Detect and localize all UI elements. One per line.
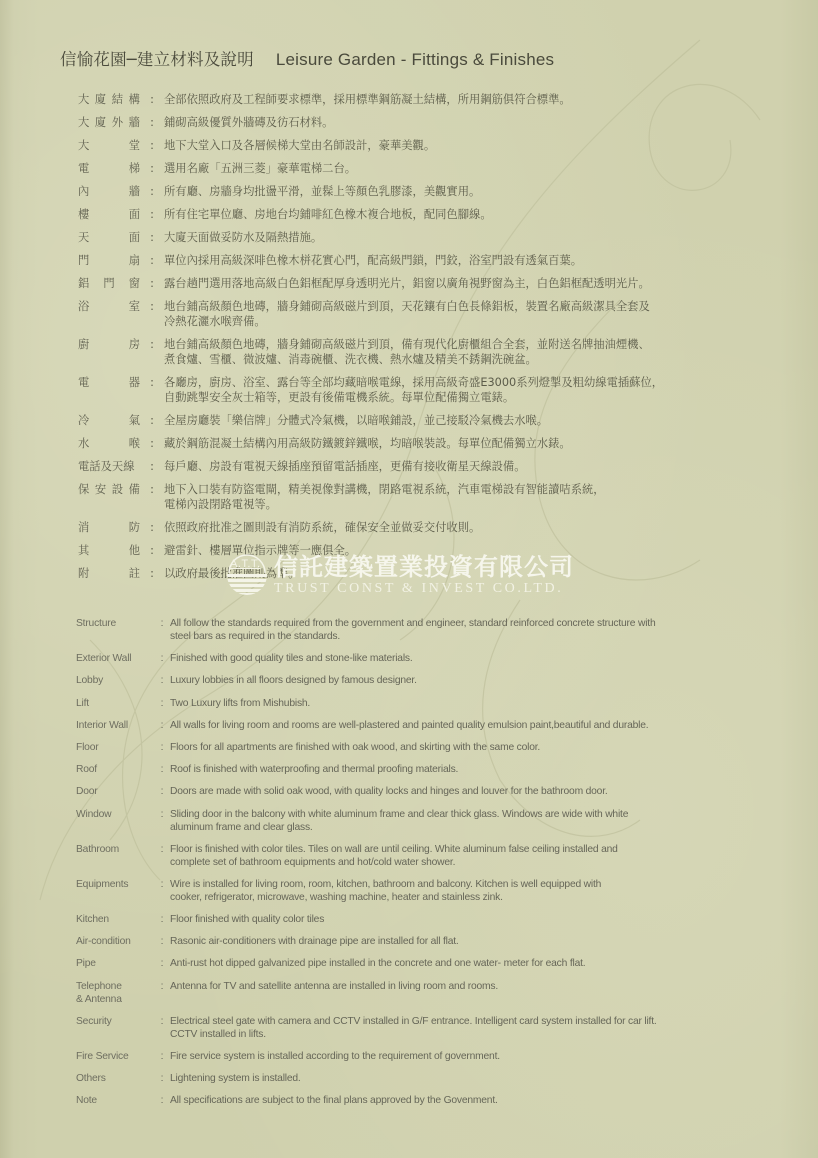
spec-separator: : [156,935,168,948]
spec-label-zh: 其他 [78,543,140,558]
spec-separator: : [140,161,164,176]
spec-value-zh: 大廈天面做妥防水及隔熱措施。 [164,230,728,245]
spec-label-zh: 電器 [78,375,140,405]
att-logo-icon: A.T.T. [226,554,268,596]
company-logo: A.T.T. 信託建築置業投資有限公司 TRUST CONST & INVEST… [226,553,574,597]
spec-separator: : [140,184,164,199]
spec-separator: : [156,913,168,926]
spec-value-en: Finished with good quality tiles and sto… [168,652,736,665]
spec-value-zh: 依照政府批准之圖則設有消防系統，確保安全並做妥交付收則。 [164,520,728,535]
spec-row-zh: 樓面:所有住宅單位廳、房地台均鋪啡紅色橡木複合地板，配同色腳線。 [78,207,728,222]
spec-row-en: Interior Wall:All walls for living room … [76,719,736,732]
page-title: 信愉花園─建立材料及說明Leisure Garden - Fittings & … [60,46,554,70]
spec-label-zh: 冷氣 [78,413,140,428]
spec-label-char: 電 [78,161,89,176]
spec-value-en: Fire service system is installed accordi… [168,1050,736,1063]
spec-row-zh: 門扇:單位內採用高級深啡色橡木栟花實心門，配高級門鎖，門鉸，浴室門設有透氣百葉。 [78,253,728,268]
spec-separator: : [156,617,168,643]
spec-label-en: Floor [76,741,156,754]
spec-label-zh: 保安設備 [78,482,140,512]
spec-row-en: Air-condition:Rasonic air-conditioners w… [76,935,736,948]
spec-label-en: Structure [76,617,156,643]
spec-row-en: Security:Electrical steel gate with came… [76,1015,736,1041]
spec-value-zh: 每戶廳、房設有電視天線插座預留電話插座，更備有接收衛星天線設備。 [164,459,728,474]
spec-value-zh: 全屋房廳裝「樂信牌」分體式冷氣機，以暗喉鋪設，並己接駁冷氣機去水喉。 [164,413,728,428]
spec-row-zh: 保安設備:地下入口裝有防盜電閘，精美視像對講機，閉路電視系統，汽車電梯設有智能讀… [78,482,728,512]
spec-row-zh: 浴室:地台鋪高級顏色地磚，牆身鋪砌高級磁片到頂，天花鑲有白色長條鋁板，裝置名廠高… [78,299,728,329]
spec-label-char: 設 [112,482,123,512]
spec-row-en: Kitchen:Floor finished with quality colo… [76,913,736,926]
spec-separator: : [140,436,164,451]
spec-label-en: Air-condition [76,935,156,948]
spec-row-en: Structure:All follow the standards requi… [76,617,736,643]
spec-label-char: 牆 [129,115,140,130]
spec-label-zh: 附註 [78,566,140,581]
spec-label-zh: 電梯 [78,161,140,176]
spec-value-en: All specifications are subject to the fi… [168,1094,736,1107]
spec-label-zh: 門扇 [78,253,140,268]
spec-separator: : [156,674,168,687]
spec-label-char: 大 [78,138,89,153]
spec-separator: : [140,413,164,428]
spec-value-en: Luxury lobbies in all floors designed by… [168,674,736,687]
spec-label-zh: 大廈結構 [78,92,140,107]
spec-row-en: Bathroom:Floor is finished with color ti… [76,843,736,869]
spec-label-zh: 電話及天線 [78,459,140,474]
spec-value-en: Rasonic air-conditioners with drainage p… [168,935,736,948]
spec-value-en: Floor is finished with color tiles. Tile… [168,843,736,869]
spec-row-en: Note:All specifications are subject to t… [76,1094,736,1107]
specs-list-chinese: 大廈結構:全部依照政府及工程師要求標準，採用標準鋼筋凝土結構，所用鋼筋俱符合標準… [78,92,728,589]
spec-separator: : [140,520,164,535]
spec-label-char: 保 [78,482,89,512]
spec-row-en: Door:Doors are made with solid oak wood,… [76,785,736,798]
spec-label-char: 氣 [129,413,140,428]
spec-separator: : [140,299,164,329]
spec-label-zh: 天面 [78,230,140,245]
spec-row-zh: 水喉:藏於鋼筋混凝土結構內用高級防鐵鍍鋅鐵喉，均暗喉裝設。每單位配備獨立水錶。 [78,436,728,451]
spec-label-char: 天 [78,230,89,245]
spec-row-zh: 大廈結構:全部依照政府及工程師要求標準，採用標準鋼筋凝土結構，所用鋼筋俱符合標準… [78,92,728,107]
spec-label-char: 廈 [95,115,106,130]
spec-label-char: 梯 [129,161,140,176]
spec-separator: : [156,808,168,834]
spec-label-char: 窗 [129,276,140,291]
company-name-en: TRUST CONST & INVEST CO.LTD. [274,581,574,597]
spec-row-en: Fire Service:Fire service system is inst… [76,1050,736,1063]
spec-label-char: 註 [129,566,140,581]
spec-row-en: Equipments:Wire is installed for living … [76,878,736,904]
spec-value-zh: 選用名廠「五洲三菱」豪華電梯二台。 [164,161,728,176]
spec-row-en: Others:Lightening system is installed. [76,1072,736,1085]
spec-separator: : [140,375,164,405]
spec-value-en: All walls for living room and rooms are … [168,719,736,732]
spec-label-char: 安 [95,482,106,512]
spec-label-en: Note [76,1094,156,1107]
spec-label-en: Fire Service [76,1050,156,1063]
spec-separator: : [156,697,168,710]
specs-list-english: Structure:All follow the standards requi… [76,617,736,1117]
spec-label-char: 內 [78,184,89,199]
spec-label-char: 廚 [78,337,89,367]
spec-row-en: Pipe:Anti-rust hot dipped galvanized pip… [76,957,736,970]
spec-label-en: Kitchen [76,913,156,926]
spec-separator: : [156,763,168,776]
spec-label-char: 房 [129,337,140,367]
spec-label-char: 面 [129,230,140,245]
spec-label-char: 大 [78,115,89,130]
spec-label-char: 門 [78,253,89,268]
spec-row-zh: 電器:各廳房，廚房、浴室、露台等全部均藏暗喉電線，採用高級奇盛E3000系列燈掣… [78,375,728,405]
logo-mark-text: A.T.T. [230,558,261,570]
spec-separator: : [156,785,168,798]
spec-value-en: Sliding door in the balcony with white a… [168,808,736,834]
spec-separator: : [156,741,168,754]
spec-value-zh: 所有廳、房牆身均批盪平滑，並髹上等顏色乳膠漆，美觀實用。 [164,184,728,199]
spec-label-en: Exterior Wall [76,652,156,665]
spec-label-zh: 內牆 [78,184,140,199]
spec-separator: : [140,566,164,581]
spec-separator: : [140,337,164,367]
spec-row-zh: 電話及天線:每戶廳、房設有電視天線插座預留電話插座，更備有接收衛星天線設備。 [78,459,728,474]
spec-label-char: 門 [103,276,114,291]
spec-value-en: Antenna for TV and satellite antenna are… [168,980,736,1006]
spec-label-en: Roof [76,763,156,776]
spec-value-zh: 各廳房，廚房、浴室、露台等全部均藏暗喉電線，採用高級奇盛E3000系列燈掣及粗幼… [164,375,728,405]
spec-row-en: Exterior Wall:Finished with good quality… [76,652,736,665]
spec-label-char: 電 [78,375,89,405]
spec-value-en: Anti-rust hot dipped galvanized pipe ins… [168,957,736,970]
spec-label-char: 防 [129,520,140,535]
spec-label-char: 廈 [95,92,106,107]
spec-label-char: 喉 [129,436,140,451]
spec-label-char: 水 [78,436,89,451]
spec-label-en: Lift [76,697,156,710]
spec-label-char: 他 [129,543,140,558]
spec-row-en: Lobby:Luxury lobbies in all floors desig… [76,674,736,687]
spec-separator: : [140,207,164,222]
spec-label-zh: 大廈外牆 [78,115,140,130]
spec-value-en: Floor finished with quality color tiles [168,913,736,926]
spec-label-char: 大 [78,92,89,107]
spec-separator: : [156,719,168,732]
spec-label-char: 室 [129,299,140,329]
spec-row-en: Roof:Roof is finished with waterproofing… [76,763,736,776]
spec-label-char: 面 [129,207,140,222]
spec-value-en: Two Luxury lifts from Mishubish. [168,697,736,710]
spec-label-en: Interior Wall [76,719,156,732]
spec-label-char: 構 [129,92,140,107]
spec-separator: : [156,1050,168,1063]
spec-label-zh: 消防 [78,520,140,535]
spec-label-char: 鋁 [78,276,89,291]
spec-value-zh: 所有住宅單位廳、房地台均鋪啡紅色橡木複合地板，配同色腳線。 [164,207,728,222]
spec-separator: : [156,1094,168,1107]
spec-label-zh: 水喉 [78,436,140,451]
spec-value-en: Lightening system is installed. [168,1072,736,1085]
spec-separator: : [140,253,164,268]
spec-value-zh: 單位內採用高級深啡色橡木栟花實心門，配高級門鎖，門鉸，浴室門設有透氣百葉。 [164,253,728,268]
spec-value-en: Floors for all apartments are finished w… [168,741,736,754]
spec-value-zh: 地下入口裝有防盜電閘，精美視像對講機，閉路電視系統，汽車電梯設有智能讀咭系統， … [164,482,728,512]
spec-label-char: 備 [129,482,140,512]
spec-separator: : [156,652,168,665]
spec-label-char: 器 [129,375,140,405]
spec-label-char: 冷 [78,413,89,428]
spec-label-char: 牆 [129,184,140,199]
spec-value-zh: 地下大堂入口及各層候梯大堂由名師設計，豪華美觀。 [164,138,728,153]
spec-label-char: 外 [112,115,123,130]
spec-label-zh: 廚房 [78,337,140,367]
spec-row-en: Window:Sliding door in the balcony with … [76,808,736,834]
spec-label-char: 浴 [78,299,89,329]
spec-row-zh: 大堂:地下大堂入口及各層候梯大堂由名師設計，豪華美觀。 [78,138,728,153]
spec-label-char: 結 [112,92,123,107]
page-title-en: Leisure Garden - Fittings & Finishes [276,50,554,69]
spec-label-en: Bathroom [76,843,156,869]
spec-label-char: 樓 [78,207,89,222]
spec-label-en: Window [76,808,156,834]
spec-separator: : [156,980,168,1006]
spec-label-char: 堂 [129,138,140,153]
spec-separator: : [156,957,168,970]
spec-value-en: Roof is finished with waterproofing and … [168,763,736,776]
spec-value-zh: 鋪砌高級優質外牆磚及彷石材料。 [164,115,728,130]
spec-row-en: Floor:Floors for all apartments are fini… [76,741,736,754]
spec-separator: : [156,1015,168,1041]
company-name-zh: 信託建築置業投資有限公司 [274,553,574,581]
spec-label-char: 其 [78,543,89,558]
spec-label-zh: 樓面 [78,207,140,222]
spec-label-char: 附 [78,566,89,581]
spec-row-en: Telephone & Antenna:Antenna for TV and s… [76,980,736,1006]
spec-row-zh: 鋁門窗:露台趟門選用落地高級白色鋁框配厚身透明光片，鋁窗以廣角視野窗為主，白色鋁… [78,276,728,291]
spec-row-zh: 冷氣:全屋房廳裝「樂信牌」分體式冷氣機，以暗喉鋪設，並己接駁冷氣機去水喉。 [78,413,728,428]
spec-separator: : [140,459,164,474]
spec-separator: : [156,843,168,869]
spec-label-en: Lobby [76,674,156,687]
spec-separator: : [140,230,164,245]
spec-value-en: Doors are made with solid oak wood, with… [168,785,736,798]
spec-separator: : [140,543,164,558]
spec-row-zh: 電梯:選用名廠「五洲三菱」豪華電梯二台。 [78,161,728,176]
spec-label-en: Pipe [76,957,156,970]
spec-row-en: Lift:Two Luxury lifts from Mishubish. [76,697,736,710]
spec-separator: : [140,92,164,107]
spec-row-zh: 內牆:所有廳、房牆身均批盪平滑，並髹上等顏色乳膠漆，美觀實用。 [78,184,728,199]
spec-separator: : [156,878,168,904]
spec-value-en: Electrical steel gate with camera and CC… [168,1015,736,1041]
spec-label-zh: 鋁門窗 [78,276,140,291]
spec-label-zh: 大堂 [78,138,140,153]
spec-label-en: Others [76,1072,156,1085]
spec-row-zh: 消防:依照政府批准之圖則設有消防系統，確保安全並做妥交付收則。 [78,520,728,535]
page-title-zh: 信愉花園─建立材料及說明 [60,50,254,69]
spec-separator: : [140,115,164,130]
spec-separator: : [140,482,164,512]
spec-label-zh: 浴室 [78,299,140,329]
spec-value-en: All follow the standards required from t… [168,617,736,643]
spec-separator: : [156,1072,168,1085]
spec-label-en: Door [76,785,156,798]
spec-value-zh: 藏於鋼筋混凝土結構內用高級防鐵鍍鋅鐵喉，均暗喉裝設。每單位配備獨立水錶。 [164,436,728,451]
spec-value-zh: 地台鋪高級顏色地磚，牆身鋪砌高級磁片到頂，天花鑲有白色長條鋁板，裝置名廠高級潔具… [164,299,728,329]
spec-label-char: 扇 [129,253,140,268]
spec-label-char: 電話及天線 [78,459,135,474]
spec-label-char: 消 [78,520,89,535]
spec-value-zh: 全部依照政府及工程師要求標準，採用標準鋼筋凝土結構，所用鋼筋俱符合標準。 [164,92,728,107]
spec-label-en: Equipments [76,878,156,904]
spec-value-zh: 地台鋪高級顏色地磚，牆身鋪砌高級磁片到頂，備有現代化廚櫃組合全套，並附送名牌抽油… [164,337,728,367]
spec-row-zh: 大廈外牆:鋪砌高級優質外牆磚及彷石材料。 [78,115,728,130]
spec-label-en: Security [76,1015,156,1041]
spec-separator: : [140,276,164,291]
spec-label-en: Telephone & Antenna [76,980,156,1006]
spec-row-zh: 廚房:地台鋪高級顏色地磚，牆身鋪砌高級磁片到頂，備有現代化廚櫃組合全套，並附送名… [78,337,728,367]
spec-value-en: Wire is installed for living room, room,… [168,878,736,904]
spec-value-zh: 露台趟門選用落地高級白色鋁框配厚身透明光片，鋁窗以廣角視野窗為主，白色鋁框配透明… [164,276,728,291]
spec-row-zh: 天面:大廈天面做妥防水及隔熱措施。 [78,230,728,245]
spec-separator: : [140,138,164,153]
